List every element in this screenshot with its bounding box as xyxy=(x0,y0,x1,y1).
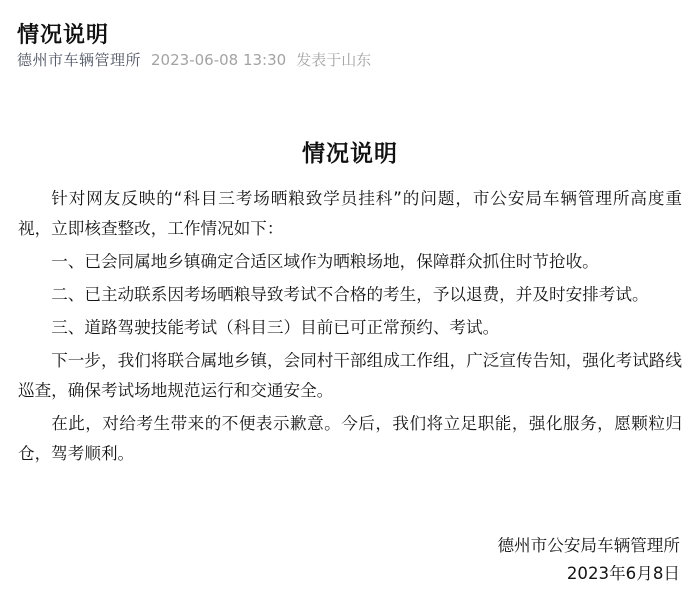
paragraph-next-steps: 下一步，我们将联合属地乡镇，会同村干部组成工作组，广泛宣传告知，强化考试路线巡查… xyxy=(18,346,682,406)
paragraph-item-2: 二、已主动联系因考场晒粮导致考试不合格的考生，予以退费，并及时安排考试。 xyxy=(18,280,682,310)
publish-location: 发表于山东 xyxy=(296,51,371,69)
signature-organization: 德州市公安局车辆管理所 xyxy=(497,532,680,560)
paragraph-apology: 在此，对给考生带来的不便表示歉意。今后，我们将立足职能，强化服务，愿颗粒归仓，驾… xyxy=(18,409,682,469)
publish-datetime: 2023-06-08 13:30 xyxy=(151,51,286,69)
notice-document: 情况说明 针对网友反映的“科目三考场晒粮致学员挂科”的问题，市公安局车辆管理所高… xyxy=(18,136,682,472)
document-title: 情况说明 xyxy=(18,136,682,172)
paragraph-item-1: 一、已会同属地乡镇确定合适区域作为晒粮场地，保障群众抓住时节抢收。 xyxy=(18,247,682,277)
paragraph-intro: 针对网友反映的“科目三考场晒粮致学员挂科”的问题，市公安局车辆管理所高度重视，立… xyxy=(18,184,682,244)
signature-date: 2023年6月8日 xyxy=(497,560,680,588)
author-link[interactable]: 德州市车辆管理所 xyxy=(17,51,141,69)
post-title: 情况说明 xyxy=(17,21,109,51)
post-meta: 德州市车辆管理所2023-06-08 13:30发表于山东 xyxy=(17,49,371,71)
paragraph-item-3: 三、道路驾驶技能考试（科目三）目前已可正常预约、考试。 xyxy=(18,313,682,343)
signature-block: 德州市公安局车辆管理所 2023年6月8日 xyxy=(497,532,680,588)
